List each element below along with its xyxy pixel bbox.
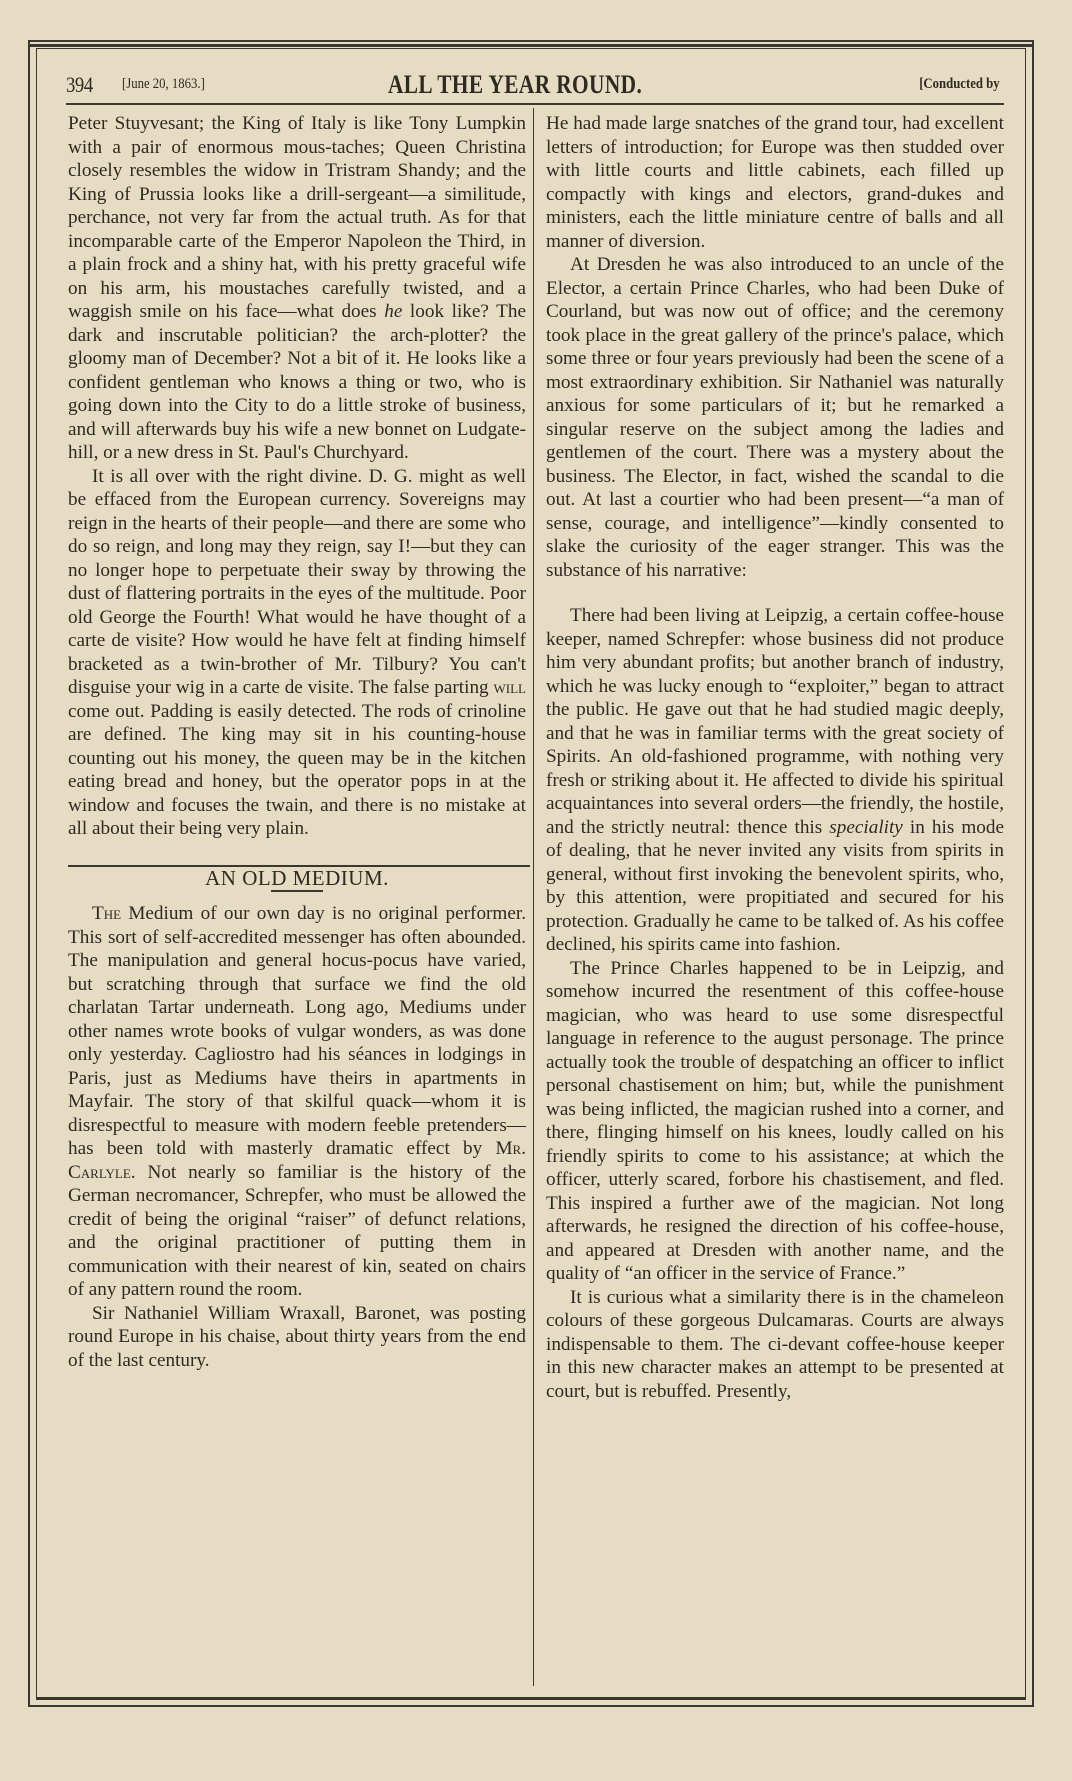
text: There had been living at Leipzig, a cert… xyxy=(546,605,1004,838)
paragraph: Sir Nathaniel William Wraxall, Baronet, … xyxy=(68,1302,526,1373)
text: come out. Padding is easily detected. Th… xyxy=(68,701,526,840)
running-head: 394 [June 20, 1863.] ALL THE YEAR ROUND.… xyxy=(66,68,1004,104)
right-column: He had made large snatches of the grand … xyxy=(546,112,1004,1403)
text: look like? The dark and inscrutable poli… xyxy=(68,301,526,463)
header-rule xyxy=(66,103,1004,105)
bottom-rule xyxy=(36,1697,1026,1700)
italic-emphasis: he xyxy=(384,301,402,322)
lead-in: The xyxy=(92,903,121,924)
paragraph: The Medium of our own day is no original… xyxy=(68,902,526,1302)
issue-date: [June 20, 1863.] xyxy=(122,76,205,93)
paragraph: It is all over with the right divine. D.… xyxy=(68,465,526,841)
paragraph: There had been living at Leipzig, a cert… xyxy=(546,604,1004,957)
paragraph: At Dresden he was also introduced to an … xyxy=(546,253,1004,582)
spacer xyxy=(546,582,1004,604)
text: Not nearly so familiar is the history of… xyxy=(68,1162,526,1301)
paragraph: He had made large snatches of the grand … xyxy=(546,112,1004,253)
paragraph: Peter Stuyvesant; the King of Italy is l… xyxy=(68,112,526,465)
title-underline xyxy=(271,890,323,892)
italic-emphasis: speciality xyxy=(829,817,903,838)
publication-title: ALL THE YEAR ROUND. xyxy=(388,70,642,100)
text: Peter Stuyvesant; the King of Italy is l… xyxy=(68,113,526,322)
text: Medium of our own day is no original per… xyxy=(68,903,526,1159)
conducted-by: [Conducted by xyxy=(920,76,1000,93)
left-column: Peter Stuyvesant; the King of Italy is l… xyxy=(68,112,526,1372)
article-title: AN OLD MEDIUM. xyxy=(68,867,526,891)
column-divider xyxy=(533,108,534,1686)
paragraph: It is curious what a similarity there is… xyxy=(546,1286,1004,1404)
text: It is all over with the right divine. D.… xyxy=(68,466,526,699)
page-number: 394 xyxy=(66,72,93,98)
smallcaps-emphasis: will xyxy=(494,677,526,698)
paragraph: The Prince Charles happened to be in Lei… xyxy=(546,957,1004,1286)
